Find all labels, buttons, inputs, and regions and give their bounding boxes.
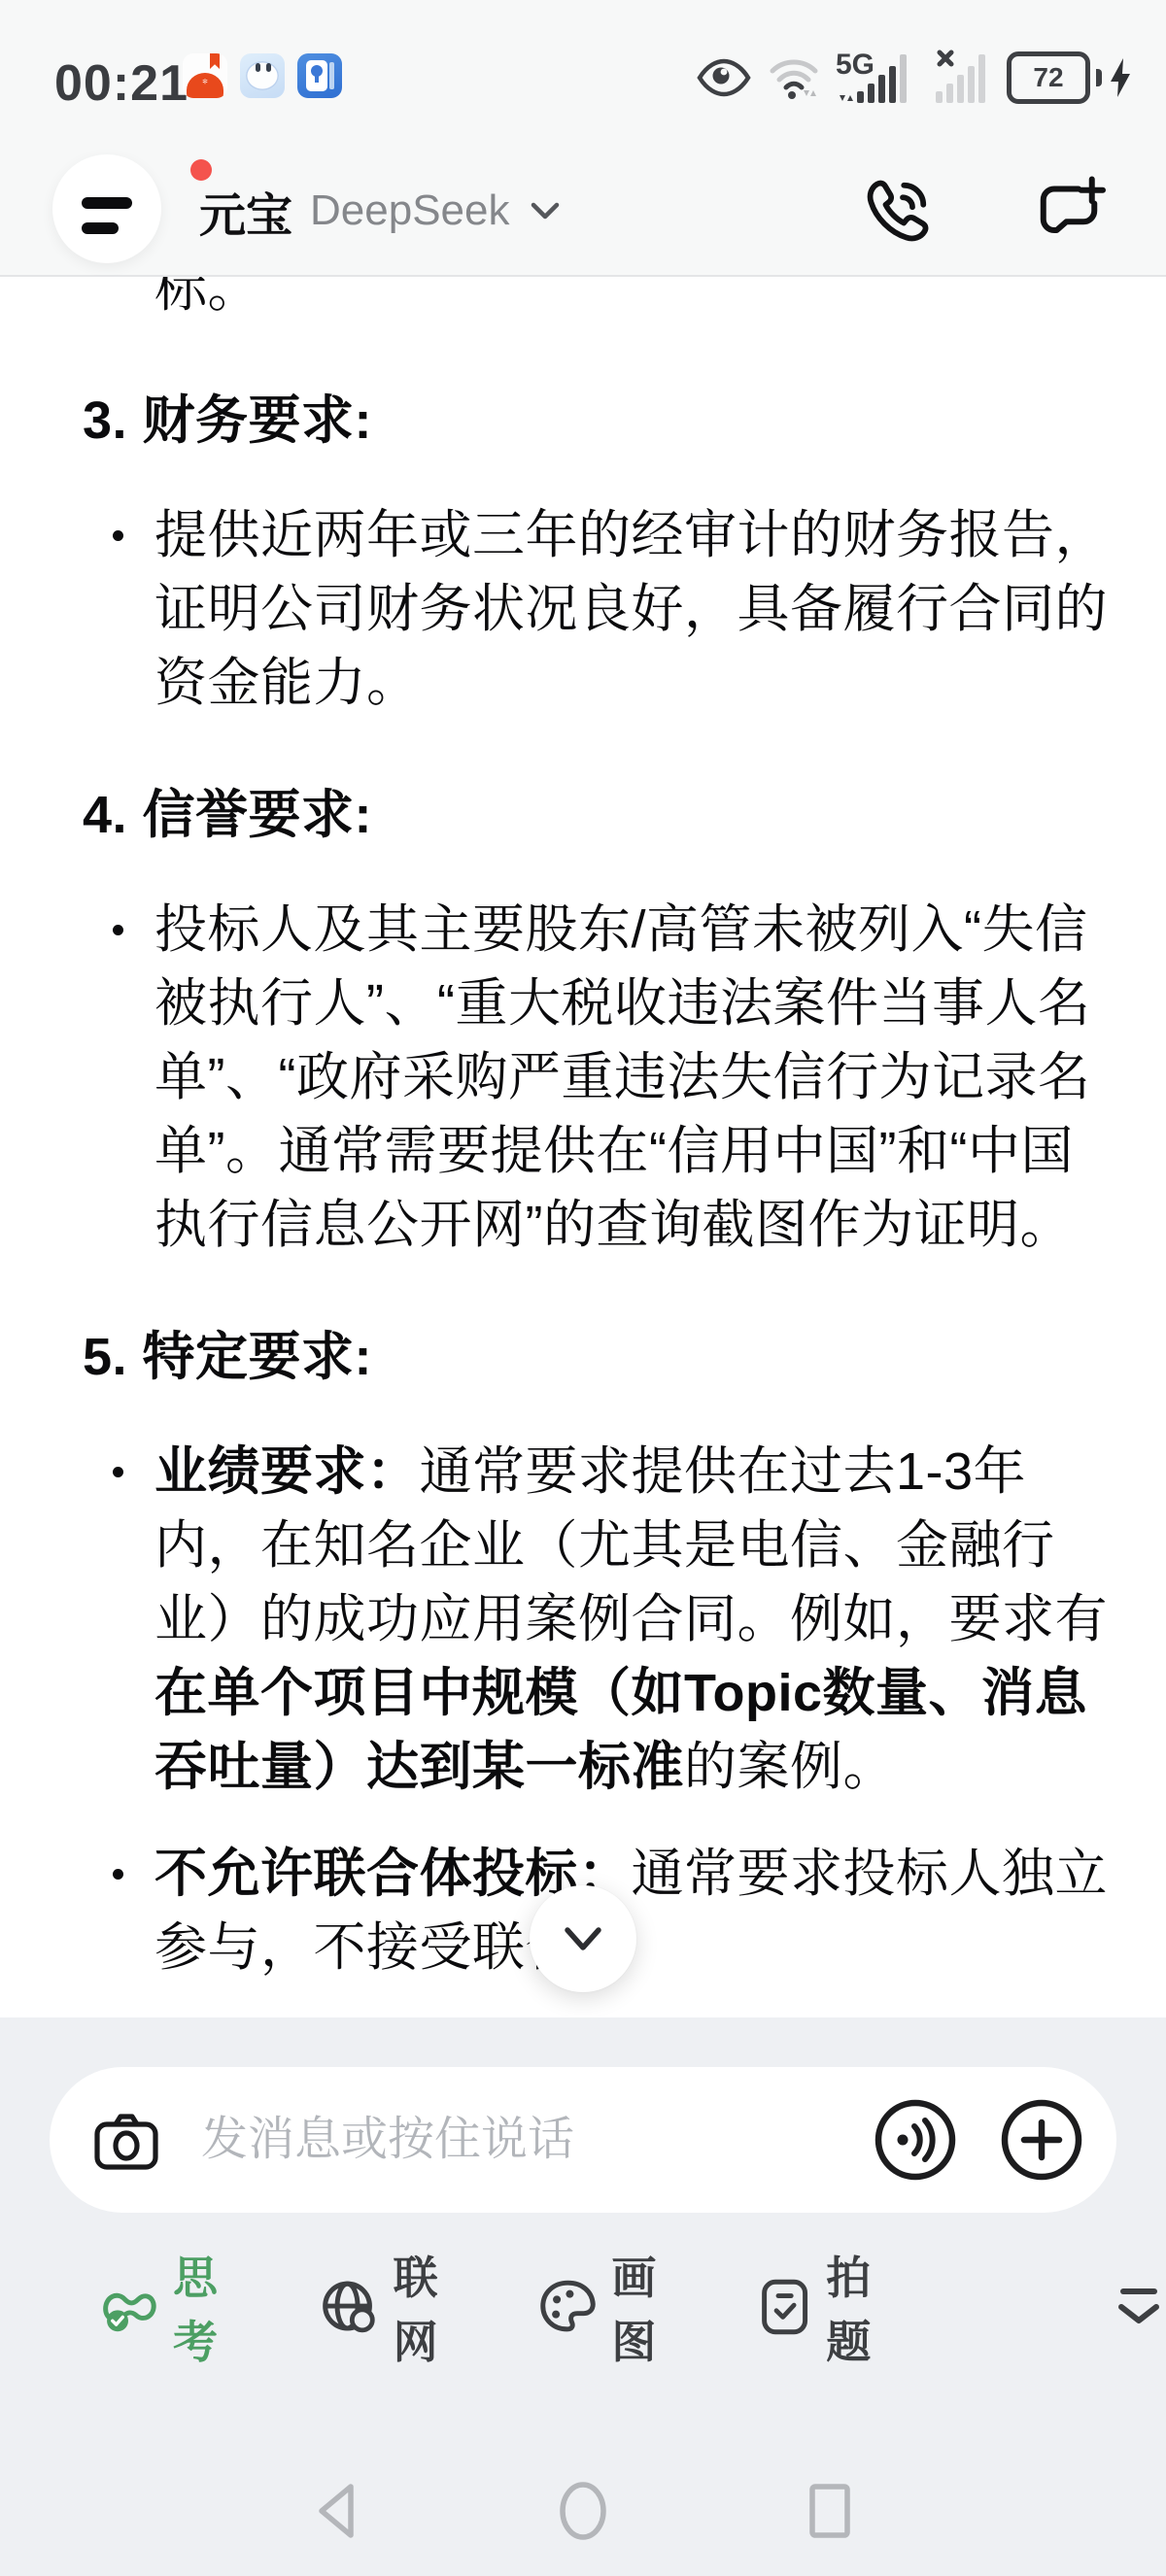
collapse-toolbar-icon [1112, 2282, 1166, 2332]
charging-bolt-icon [1108, 56, 1133, 99]
deepseek-think-icon [98, 2276, 159, 2338]
bullet-dot [113, 530, 123, 541]
text-line: 投标人及其主要股东/高管未被列入“失信 [154, 893, 1127, 966]
app-header: 元宝 DeepSeek [0, 148, 1166, 274]
message-block-heading: 3. 财务要求: [83, 384, 1127, 458]
bullet-dot [113, 925, 123, 935]
back-triangle-icon [312, 2481, 360, 2541]
text-line: 提供近两年或三年的经审计的财务报告， [154, 498, 1127, 572]
menu-icon [82, 197, 132, 209]
palette-icon [538, 2276, 598, 2338]
scroll-to-bottom-button[interactable] [530, 1885, 636, 1992]
text-line: 业）的成功应用案例合同。例如，要求有 [154, 1582, 1127, 1656]
message-block-heading: 4. 信誉要求: [83, 778, 1127, 852]
text-line: 业绩要求：通常要求提供在过去1-3年 [154, 1435, 1127, 1508]
android-nav-bar [0, 2445, 1166, 2576]
chat-message-area: 标。3. 财务要求:提供近两年或三年的经审计的财务报告，证明公司财务状况良好，具… [0, 277, 1166, 2016]
photo-question-icon [757, 2276, 812, 2338]
text-line: 在单个项目中规模（如Topic数量、消息 [154, 1656, 1127, 1730]
text-line: 吞吐量）达到某一标准的案例。 [154, 1730, 1127, 1804]
chevron-down-icon [560, 1922, 606, 1955]
bullet-dot [113, 1869, 123, 1880]
message-block-bullet: 提供近两年或三年的经审计的财务报告，证明公司财务状况良好，具备履行合同的资金能力… [83, 498, 1127, 720]
new-chat-button[interactable] [1030, 172, 1108, 250]
tool-label: 画图 [611, 2243, 697, 2371]
tool-think[interactable]: 思考 [98, 2243, 258, 2371]
tool-web-search[interactable]: 联网 [319, 2243, 479, 2371]
text-line: 单”。通常需要提供在“信用中国”和“中国 [154, 1114, 1127, 1188]
tool-label: 思考 [173, 2243, 258, 2371]
app-title: 元宝 [199, 178, 292, 245]
bullet-dot [113, 1467, 123, 1477]
message-input[interactable]: 发消息或按住说话 [50, 2067, 1116, 2213]
tomato-novel-app-icon: ﹡ [183, 53, 227, 98]
phone-call-button[interactable] [859, 172, 937, 250]
text-line: 标。 [154, 277, 1127, 325]
nav-back-button[interactable] [297, 2472, 375, 2550]
text-line: 执行信息公开网”的查询截图作为证明。 [154, 1188, 1127, 1262]
composer-panel: 发消息或按住说话 思考 [0, 2017, 1166, 2576]
notification-icons: ﹡ [183, 53, 342, 98]
message-block-bullet: 投标人及其主要股东/高管未被列入“失信被执行人”、“重大税收违法案件当事人名单”… [83, 893, 1127, 1262]
recents-square-icon [806, 2481, 854, 2541]
blue-notes-app-icon [297, 53, 342, 98]
globe-icon [319, 2276, 380, 2338]
chevron-down-icon [528, 198, 563, 223]
status-time: 00:21 [54, 54, 189, 113]
text-line: 4. 信誉要求: [83, 778, 1127, 852]
text-line: 3. 财务要求: [83, 384, 1127, 458]
home-circle-icon [556, 2479, 610, 2543]
attach-plus-button[interactable] [999, 2097, 1084, 2183]
menu-button[interactable] [52, 154, 161, 263]
phone-screen: 00:21 ﹡ [0, 0, 1166, 2576]
text-line: 5. 特定要求: [83, 1320, 1127, 1394]
message-block-bullet: 业绩要求：通常要求提供在过去1-3年内，在知名企业（尤其是电信、金融行业）的成功… [83, 1435, 1127, 1804]
status-indicators: 5G [696, 49, 1133, 107]
input-placeholder: 发消息或按住说话 [201, 2067, 574, 2213]
top-region: 00:21 ﹡ [0, 0, 1166, 277]
text-line: 证明公司财务状况良好，具备履行合同的 [154, 572, 1127, 646]
text-line: 被执行人”、“重大税收违法案件当事人名 [154, 966, 1127, 1040]
status-bar: 00:21 ﹡ [0, 0, 1166, 126]
text-line: 单”、“政府采购严重违法失信行为记录名 [154, 1040, 1127, 1114]
signal-bars-icon: 5G [836, 49, 917, 107]
voice-input-button[interactable] [873, 2097, 958, 2183]
collapse-toolbar-button[interactable] [1112, 2282, 1166, 2332]
text-line: 参与，不接受联合 [154, 1911, 1127, 1984]
tool-label: 联网 [394, 2243, 479, 2371]
message-block-plain: 标。 [154, 277, 1127, 325]
message-content: 标。3. 财务要求:提供近两年或三年的经审计的财务报告，证明公司财务状况良好，具… [0, 277, 1166, 1984]
tool-draw[interactable]: 画图 [538, 2243, 697, 2371]
tool-photo-solve[interactable]: 拍题 [757, 2243, 911, 2371]
text-line: 不允许联合体投标：通常要求投标人独立 [154, 1837, 1127, 1911]
text-line: 内，在知名企业（尤其是电信、金融行 [154, 1508, 1127, 1582]
no-sim-signal-icon [932, 49, 992, 107]
wifi-icon [767, 55, 821, 100]
model-selector[interactable]: 元宝 DeepSeek [199, 148, 563, 274]
eye-protection-icon [696, 57, 752, 98]
nav-recents-button[interactable] [791, 2472, 869, 2550]
text-line: 资金能力。 [154, 646, 1127, 720]
assistant-face-app-icon [240, 53, 285, 98]
message-block-heading: 5. 特定要求: [83, 1320, 1127, 1394]
quick-tools-bar: 思考 联网 画图 [0, 2268, 1166, 2346]
model-name: DeepSeek [310, 186, 509, 235]
camera-button[interactable] [92, 2107, 160, 2175]
tool-label: 拍题 [826, 2243, 911, 2371]
battery-icon: 72 [1007, 51, 1133, 104]
nav-home-button[interactable] [544, 2472, 622, 2550]
